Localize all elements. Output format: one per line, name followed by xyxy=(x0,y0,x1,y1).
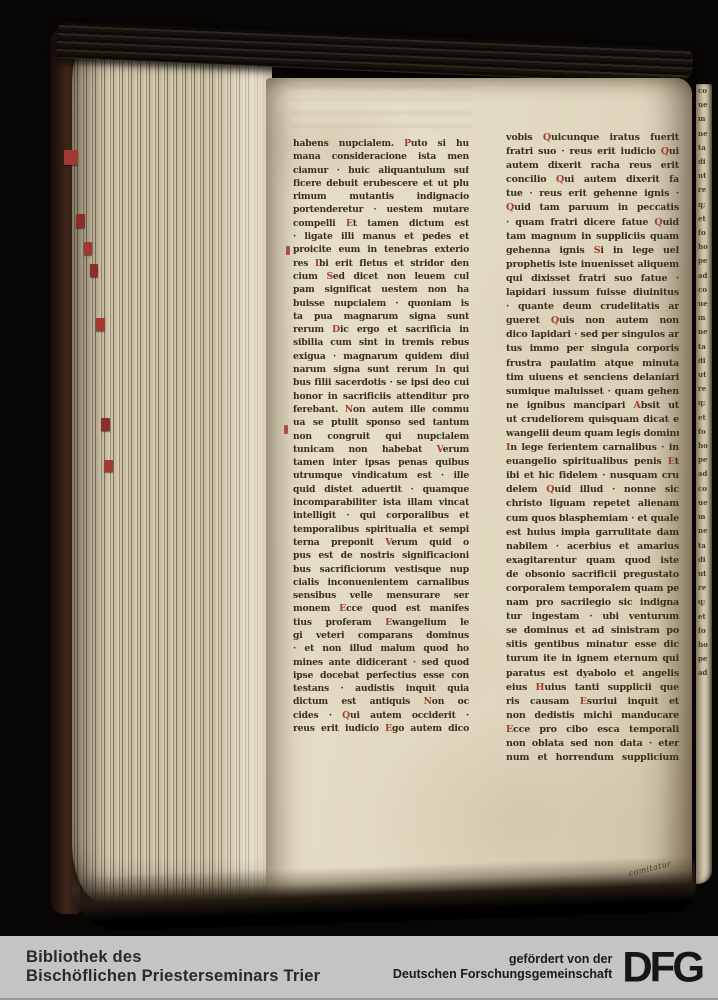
bookmark-tab xyxy=(90,264,98,277)
edge-text-fragment: ad xyxy=(696,467,712,481)
funding-credit: gefördert von der Deutschen Forschungsge… xyxy=(393,946,702,988)
edge-text-fragment: ta xyxy=(696,539,712,553)
edge-text-fragment: di xyxy=(696,155,712,169)
manuscript-line: ibi et hic fidelem · nusquam cru xyxy=(506,469,679,483)
manuscript-line: res Ibi erit fletus et stridor den xyxy=(293,257,469,270)
manuscript-line: cium Sed dicet non leuem cul xyxy=(293,270,469,283)
manuscript-line: incomparabiliter ista illam vincat xyxy=(293,496,469,509)
manuscript-line: proicite eum in tenebras exterio xyxy=(293,243,469,256)
manuscript-line: ficere debuit erubescere et ut plu xyxy=(293,177,469,190)
fore-edge-page-stack xyxy=(72,44,272,902)
funding-credit-line1: gefördert von der xyxy=(393,952,613,968)
manuscript-line: qui dixisset fratri suo fatue · xyxy=(506,272,679,286)
edge-text-fragment: pe xyxy=(696,652,712,666)
edge-text-fragment: ta xyxy=(696,141,712,155)
manuscript-line: tius proferam Ewangelium le xyxy=(293,616,469,629)
manuscript-line: buisse nupcialem · quoniam is xyxy=(293,297,469,310)
manuscript-line: christo liguam repetet alienam xyxy=(506,497,679,511)
edge-text-fragment: ue xyxy=(696,98,712,112)
edge-text-fragment: q; xyxy=(696,198,712,212)
edge-text-fragment: ne xyxy=(696,524,712,538)
text-column-left: habens nupcialem. Puto si humana conside… xyxy=(293,137,469,737)
bookmark-tab xyxy=(96,318,105,331)
manuscript-line: se dominus et ad sinistram po xyxy=(506,624,679,638)
bookmark-tab xyxy=(101,418,110,431)
manuscript-line: sensibus velle mensurare ser xyxy=(293,589,469,602)
manuscript-line: habens nupcialem. Puto si hu xyxy=(293,137,469,150)
bookmark-tab xyxy=(84,242,92,255)
edge-text-fragment: m xyxy=(696,510,712,524)
manuscript-line: sitis gentibus minatur esse dic xyxy=(506,638,679,652)
manuscript-line: est huius impia garrulitate dam xyxy=(506,526,679,540)
margin-rubric-mark xyxy=(286,246,290,255)
manuscript-line: ferebant. Non autem ille commu xyxy=(293,403,469,416)
edge-text-fragment: co xyxy=(696,283,712,297)
manuscript-line: portenderetur · uestem mutare xyxy=(293,203,469,216)
manuscript-line: dictum est antiquis Non oc xyxy=(293,695,469,708)
bookmark-tab xyxy=(76,214,85,228)
edge-text-fragment: re xyxy=(696,382,712,396)
edge-text-fragment: di xyxy=(696,354,712,368)
margin-rubric-mark xyxy=(284,425,288,434)
funding-credit-line2: Deutschen Forschungsgemeinschaft xyxy=(393,967,613,983)
manuscript-line: lapidari iussum fuisse diuinitus xyxy=(506,286,679,300)
manuscript-line: quid distet aduertit · quamque xyxy=(293,483,469,496)
manuscript-line: narum signa sunt rerum In qui xyxy=(293,363,469,376)
edge-text-fragment: q; xyxy=(696,595,712,609)
manuscript-line: exagitarentur quam quod iste xyxy=(506,554,679,568)
manuscript-line: delem Quid illud · nonne sic xyxy=(506,483,679,497)
manuscript-line: temporalibus spiritualia et sempi xyxy=(293,523,469,536)
manuscript-line: non dedistis michi manducare xyxy=(506,709,679,723)
manuscript-line: num et horrendum supplicium xyxy=(506,751,679,765)
manuscript-line: mana consideracione ista men xyxy=(293,150,469,163)
edge-text-fragment: re xyxy=(696,581,712,595)
manuscript-line: · quam fratri dicere fatue Quid xyxy=(506,216,679,230)
manuscript-line: cialis inconuenientem carnalibus xyxy=(293,576,469,589)
manuscript-line: ipse docebat perfectius esse con xyxy=(293,669,469,682)
manuscript-line: non congruit qui nupcialem xyxy=(293,430,469,443)
edge-text-fragment: fo xyxy=(696,425,712,439)
edge-text-fragment: et xyxy=(696,212,712,226)
edge-text-fragment: ut xyxy=(696,368,712,382)
manuscript-line: ut crudeliorem quisquam dicat e xyxy=(506,413,679,427)
manuscript-line: exigua · magnarum quidem diui xyxy=(293,350,469,363)
manuscript-line: autem dixerit racha reus erit xyxy=(506,159,679,173)
ink-bleedthrough xyxy=(292,86,472,132)
manuscript-line: monem Ecce quod est manifes xyxy=(293,602,469,615)
edge-text-fragment: ho xyxy=(696,439,712,453)
manuscript-line: gehenna ignis Si in lege uel xyxy=(506,244,679,258)
manuscript-line: pam significat uestem non ha xyxy=(293,283,469,296)
manuscript-line: Quid tam paruum in peccatis xyxy=(506,201,679,215)
manuscript-line: nabilem · acerbius et amarius xyxy=(506,540,679,554)
manuscript-line: wangelii deum quam legis dominum xyxy=(506,427,679,441)
edge-text-fragment: ad xyxy=(696,269,712,283)
manuscript-line: nam pro sacrilegio sic indigna xyxy=(506,596,679,610)
library-name-line2: Bischöflichen Priesterseminars Trier xyxy=(26,967,320,986)
manuscript-line: ua se ptulit sponso sed tantum xyxy=(293,416,469,429)
edge-text-fragment: m xyxy=(696,311,712,325)
manuscript-line: tam magnum in suppliciis quam xyxy=(506,230,679,244)
digitization-banner: Bibliothek des Bischöflichen Priestersem… xyxy=(0,936,718,1000)
bookmark-tab xyxy=(64,150,78,165)
digitized-page-photo: habens nupcialem. Puto si humana conside… xyxy=(0,0,718,936)
bookmark-tab xyxy=(104,460,113,472)
manuscript-line: tunicam non habebat Verum xyxy=(293,443,469,456)
manuscript-line: bus filii sacerdotis · se ipsi deo cui xyxy=(293,376,469,389)
manuscript-line: intelligit · qui corporalibus et xyxy=(293,509,469,522)
edge-text-fragment: ne xyxy=(696,325,712,339)
manuscript-line: de obsonio sacrificii pregustato xyxy=(506,568,679,582)
edge-text-fragment: ue xyxy=(696,496,712,510)
manuscript-line: ne ignibus mancipari Absit ut xyxy=(506,399,679,413)
edge-text-fragment: pe xyxy=(696,453,712,467)
edge-text-fragment: ut xyxy=(696,567,712,581)
manuscript-line: ris causam Esuriui inquit et xyxy=(506,695,679,709)
manuscript-line: concilio Qui autem dixerit fa xyxy=(506,173,679,187)
manuscript-line: tue · reus erit gehenne ignis · xyxy=(506,187,679,201)
edge-text-fragment: ue xyxy=(696,297,712,311)
edge-text-fragment: pe xyxy=(696,254,712,268)
manuscript-line: prophetis iste inuenisset aliquem xyxy=(506,258,679,272)
edge-text-fragment: et xyxy=(696,411,712,425)
manuscript-line: utrumque vindicatum est · ille xyxy=(293,469,469,482)
manuscript-line: non oblata sed non data · eter xyxy=(506,737,679,751)
manuscript-line: testans · audistis inquit quia xyxy=(293,682,469,695)
funding-credit-text: gefördert von der Deutschen Forschungsge… xyxy=(393,952,613,983)
facing-page-sliver: couemnetadiutreq;etfohopeadcouemnetadiut… xyxy=(696,84,712,884)
manuscript-line: cum quos blasphemiam · et quale xyxy=(506,512,679,526)
manuscript-line: ta pua magnarum signa sunt xyxy=(293,310,469,323)
manuscript-line: eius Huius tanti supplicii que xyxy=(506,681,679,695)
edge-text-fragment: m xyxy=(696,112,712,126)
manuscript-line: · et non illud malum quod ho xyxy=(293,642,469,655)
manuscript-line: honor in sacrificiis attenditur pro xyxy=(293,390,469,403)
manuscript-line: mines ante didicerant · sed quod xyxy=(293,656,469,669)
manuscript-line: bus sacrificiorum vestisque nup xyxy=(293,563,469,576)
manuscript-line: Ecce pro cibo esca temporali xyxy=(506,723,679,737)
edge-text-fragment: fo xyxy=(696,226,712,240)
manuscript-line: · ligate illi manus et pedes et xyxy=(293,230,469,243)
library-name-line1: Bibliothek des xyxy=(26,948,320,967)
edge-text-fragment: re xyxy=(696,183,712,197)
manuscript-line: tim uiuens et senciens delaniari xyxy=(506,371,679,385)
edge-text-fragment: ta xyxy=(696,340,712,354)
manuscript-line: paratus est dyabolo et angelis xyxy=(506,667,679,681)
manuscript-line: tus immo per singula corporis xyxy=(506,342,679,356)
manuscript-line: · quante deum crudelitatis ar xyxy=(506,300,679,314)
text-column-right: vobis Quicunque iratus fueritfratri suo … xyxy=(506,131,679,767)
edge-text-fragment: q; xyxy=(696,396,712,410)
manuscript-line: fratri suo · reus erit iudicio Qui xyxy=(506,145,679,159)
manuscript-line: vobis Quicunque iratus fuerit xyxy=(506,131,679,145)
manuscript-line: rerum Dic ergo et sacrificia in xyxy=(293,323,469,336)
edge-text-fragment: fo xyxy=(696,624,712,638)
manuscript-line: ciamur · huic aliquantulum suf xyxy=(293,164,469,177)
manuscript-line: sumique maluisset · quam gehen xyxy=(506,385,679,399)
edge-text-fragment: ad xyxy=(696,666,712,680)
edge-text-fragment: ut xyxy=(696,169,712,183)
edge-text-fragment: co xyxy=(696,482,712,496)
edge-text-fragment: ho xyxy=(696,638,712,652)
edge-text-fragment: et xyxy=(696,610,712,624)
manuscript-line: terna preponit Verum quid o xyxy=(293,536,469,549)
manuscript-line: dico lapidari · sed per singulos ar xyxy=(506,328,679,342)
manuscript-line: euangelio spiritualibus penis Et xyxy=(506,455,679,469)
manuscript-line: sibilia cum sint in tremis rebus xyxy=(293,336,469,349)
manuscript-line: pus est de nostris significacioni xyxy=(293,549,469,562)
edge-text-fragment: ho xyxy=(696,240,712,254)
manuscript-line: cides · Qui autem occiderit · xyxy=(293,709,469,722)
library-name: Bibliothek des Bischöflichen Priestersem… xyxy=(26,948,320,986)
edge-text-fragment: ne xyxy=(696,127,712,141)
manuscript-line: rimum mutantis indignacio xyxy=(293,190,469,203)
manuscript-line: gi veteri comparans dominus xyxy=(293,629,469,642)
manuscript-line: tur ingestam · ubi venturum xyxy=(506,610,679,624)
manuscript-line: turum ite in ignem eternum qui xyxy=(506,652,679,666)
edge-text-fragment: di xyxy=(696,553,712,567)
edge-text-fragment: co xyxy=(696,84,712,98)
manuscript-line: tamen inter ipsas penas quibus xyxy=(293,456,469,469)
manuscript-line: reus erit iudicio Ego autem dico xyxy=(293,722,469,735)
manuscript-line: In lege ferientem carnalibus · in xyxy=(506,441,679,455)
manuscript-line: gueret Quis non autem non xyxy=(506,314,679,328)
manuscript-line: corporalem temporalem quam pe xyxy=(506,582,679,596)
dfg-logo: DFG xyxy=(622,946,702,989)
manuscript-line: compelli Et tamen dictum est xyxy=(293,217,469,230)
manuscript-line: frustra paulatim atque minuta xyxy=(506,357,679,371)
